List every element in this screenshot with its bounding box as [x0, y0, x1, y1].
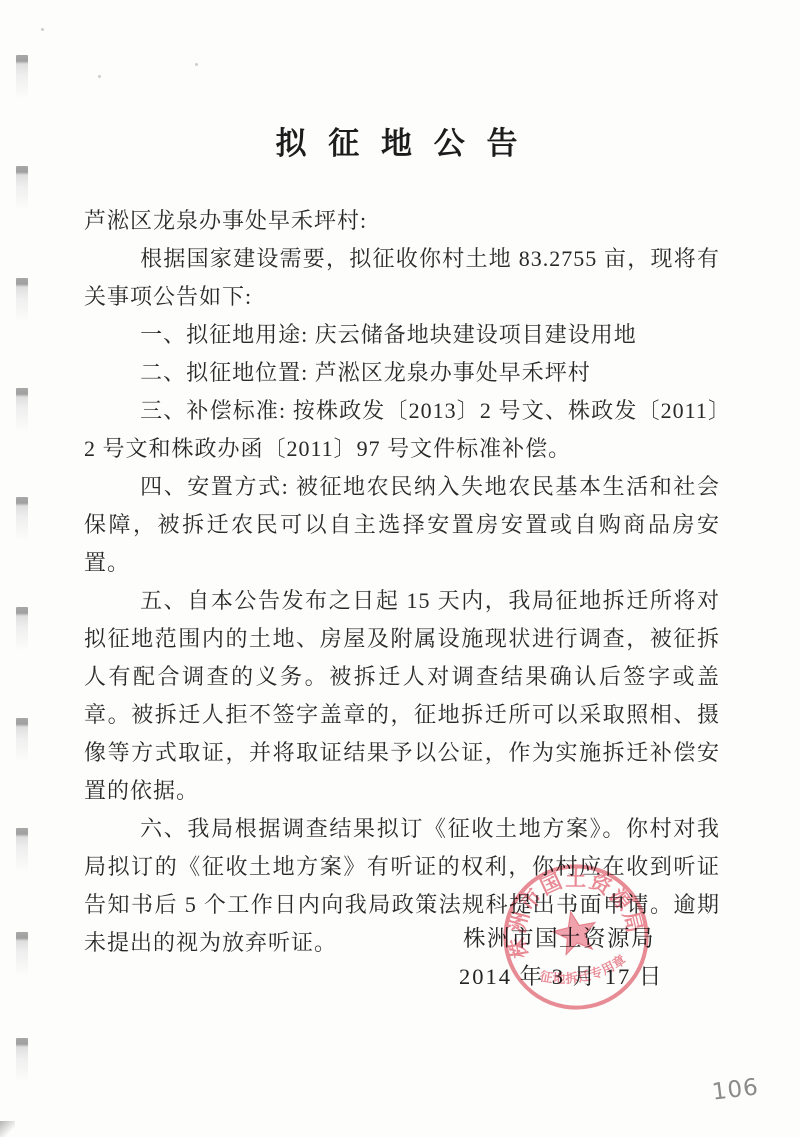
- binding-mark: [16, 166, 28, 210]
- salutation: 芦淞区龙泉办事处早禾坪村:: [84, 202, 720, 240]
- binding-mark: [16, 497, 28, 541]
- document-title: 拟 征 地 公 告: [0, 118, 800, 163]
- body-paragraph: 三、补偿标准: 按株政发〔2013〕2 号文、株政发〔2011〕2 号文和株政办…: [84, 392, 720, 468]
- scan-speck: [41, 28, 44, 31]
- scanned-notice-page: 拟 征 地 公 告 芦淞区龙泉办事处早禾坪村: 根据国家建设需要，拟征收你村土地…: [0, 0, 800, 1137]
- binding-mark: [16, 828, 28, 872]
- binding-mark: [16, 718, 28, 762]
- body-paragraph: 二、拟征地位置: 芦淞区龙泉办事处早禾坪村: [84, 354, 720, 392]
- binding-mark: [16, 278, 28, 322]
- corner-smudge: [0, 1121, 15, 1137]
- binding-mark: [16, 932, 28, 976]
- body-paragraph: 一、拟征地用途: 庆云储备地块建设项目建设用地: [84, 316, 720, 354]
- body-paragraph: 四、安置方式: 被征地农民纳入失地农民基本生活和社会保障，被拆迁农民可以自主选择…: [84, 468, 720, 582]
- binding-mark: [16, 388, 28, 432]
- scan-speck: [98, 75, 101, 78]
- binding-mark: [16, 607, 28, 651]
- handwritten-page-number: 106: [711, 1074, 761, 1106]
- scan-speck: [195, 63, 198, 66]
- body-paragraph: 五、自本公告发布之日起 15 天内，我局征地拆迁所将对拟征地范围内的土地、房屋及…: [84, 582, 720, 810]
- body-paragraph: 根据国家建设需要，拟征收你村土地 83.2755 亩，现将有关事项公告如下:: [84, 240, 720, 316]
- document-body: 芦淞区龙泉办事处早禾坪村: 根据国家建设需要，拟征收你村土地 83.2755 亩…: [84, 202, 720, 962]
- binding-mark: [16, 55, 28, 99]
- signature-date: 2014 年 3 月 17 日: [459, 959, 663, 991]
- binding-mark: [16, 1038, 28, 1082]
- paragraph-list: 根据国家建设需要，拟征收你村土地 83.2755 亩，现将有关事项公告如下:一、…: [84, 240, 720, 962]
- signature-agency: 株洲市国土资源局: [463, 921, 655, 953]
